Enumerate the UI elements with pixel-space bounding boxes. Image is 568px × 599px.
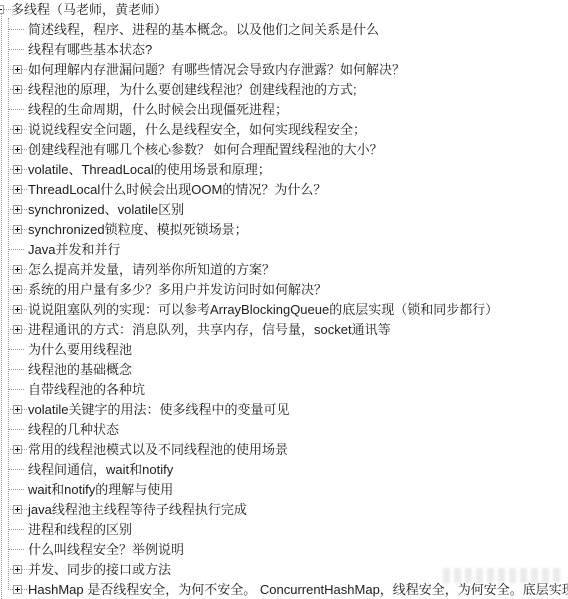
plus-glyph (17, 587, 18, 592)
tree-connector (22, 129, 27, 130)
tree-item-label[interactable]: synchronized、volatile区别 (28, 200, 184, 220)
tree-connector (22, 229, 27, 230)
plus-box-icon[interactable] (13, 325, 22, 334)
tree-item[interactable]: 线程的几种状态 (0, 420, 568, 440)
tree-item-label[interactable]: 进程通讯的方式：消息队列，共享内存，信号量，socket通讯等 (28, 320, 391, 340)
plus-glyph (17, 507, 18, 512)
plus-glyph (17, 147, 18, 152)
tree-item[interactable]: wait和notify的理解与使用 (0, 480, 568, 500)
tree-item[interactable]: 线程池的原理，为什么要创建线程池？创建线程池的方式; (0, 80, 568, 100)
tree-item-label[interactable]: 线程间通信，wait和notify (28, 460, 173, 480)
plus-glyph (17, 327, 18, 332)
tree-item[interactable]: 线程的生命周期，什么时候会出现僵死进程； (0, 100, 568, 120)
tree-connector (8, 349, 24, 350)
tree-item[interactable]: HashMap 是否线程安全，为何不安全。 ConcurrentHashMap，… (0, 580, 568, 599)
tree-connector (22, 509, 27, 510)
plus-glyph (17, 567, 18, 572)
tree-item-label[interactable]: 为什么要用线程池 (28, 340, 132, 360)
plus-box-icon[interactable] (13, 505, 22, 514)
tree-item[interactable]: 自带线程池的各种坑 (0, 380, 568, 400)
tree-item[interactable]: 多线程（马老师，黄老师） (0, 0, 568, 20)
tree-item[interactable]: synchronized、volatile区别 (0, 200, 568, 220)
tree-item[interactable]: 说说线程安全问题，什么是线程安全，如何实现线程安全； (0, 120, 568, 140)
tree-connector (8, 389, 24, 390)
tree-item-label[interactable]: 如何理解内存泄漏问题？有哪些情况会导致内存泄露？如何解决？ (28, 60, 405, 80)
plus-box-icon[interactable] (13, 165, 22, 174)
plus-box-icon[interactable] (13, 65, 22, 74)
tree-connector (8, 109, 24, 110)
plus-glyph (17, 67, 18, 72)
plus-box-icon[interactable] (13, 445, 22, 454)
tree-item[interactable]: volatile、ThreadLocal的使用场景和原理； (0, 160, 568, 180)
tree-item-label[interactable]: 说说线程安全问题，什么是线程安全，如何实现线程安全； (28, 120, 366, 140)
plus-glyph (17, 307, 18, 312)
tree-item[interactable]: 进程和线程的区别 (0, 520, 568, 540)
tree-item-label[interactable]: wait和notify的理解与使用 (28, 480, 173, 500)
plus-box-icon[interactable] (13, 285, 22, 294)
tree-connector (4, 9, 11, 10)
tree-item-label[interactable]: synchronized锁粒度、模拟死锁场景； (28, 220, 248, 240)
tree-item[interactable]: 怎么提高并发量，请列举你所知道的方案？ (0, 260, 568, 280)
plus-glyph (17, 187, 18, 192)
tree-connector (8, 489, 24, 490)
plus-glyph (17, 447, 18, 452)
tree-item[interactable]: 简述线程，程序、进程的基本概念。以及他们之间关系是什么 (0, 20, 568, 40)
plus-box-icon[interactable] (13, 85, 22, 94)
tree-item-label[interactable]: 怎么提高并发量，请列举你所知道的方案？ (28, 260, 275, 280)
tree-item[interactable]: 线程有哪些基本状态? (0, 40, 568, 60)
tree-item-label[interactable]: 线程的生命周期，什么时候会出现僵死进程； (28, 100, 288, 120)
tree-item-label[interactable]: 自带线程池的各种坑 (28, 380, 145, 400)
tree-connector (8, 529, 24, 530)
plus-glyph (17, 267, 18, 272)
tree-connector (8, 549, 24, 550)
plus-glyph (17, 167, 18, 172)
tree-connector (22, 269, 27, 270)
tree-item-label[interactable]: 什么叫线程安全？举例说明 (28, 540, 184, 560)
tree-item[interactable]: java线程池主线程等待子线程执行完成 (0, 500, 568, 520)
plus-box-icon[interactable] (13, 225, 22, 234)
plus-box-icon[interactable] (13, 305, 22, 314)
plus-box-icon[interactable] (13, 565, 22, 574)
tree-connector (8, 29, 24, 30)
tree-item[interactable]: synchronized锁粒度、模拟死锁场景； (0, 220, 568, 240)
tree-item[interactable]: 线程池的基础概念 (0, 360, 568, 380)
plus-glyph (17, 227, 18, 232)
tree-connector (22, 189, 27, 190)
plus-glyph (17, 127, 18, 132)
tree-item-label[interactable]: 线程池的原理，为什么要创建线程池？创建线程池的方式; (28, 80, 357, 100)
tree-item[interactable]: 线程间通信，wait和notify (0, 460, 568, 480)
plus-glyph (17, 207, 18, 212)
tree-connector (8, 369, 24, 370)
tree-connector (8, 469, 24, 470)
tree-item[interactable]: 创建线程池有哪几个核心参数？ 如何合理配置线程池的大小？ (0, 140, 568, 160)
tree-connector (22, 69, 27, 70)
tree-item-label[interactable]: volatile、ThreadLocal的使用场景和原理； (28, 160, 271, 180)
tree-item[interactable]: 为什么要用线程池 (0, 340, 568, 360)
tree-item[interactable]: 说说阻塞队列的实现：可以参考ArrayBlockingQueue的底层实现（锁和… (0, 300, 568, 320)
tree-item[interactable]: 进程通讯的方式：消息队列，共享内存，信号量，socket通讯等 (0, 320, 568, 340)
tree-item-label[interactable]: ThreadLocal什么时候会出现OOM的情况？为什么？ (28, 180, 326, 200)
tree-item-label[interactable]: HashMap 是否线程安全，为何不安全。 ConcurrentHashMap，… (28, 580, 568, 599)
tree-item-label[interactable]: 线程池的基础概念 (28, 360, 132, 380)
plus-box-icon[interactable] (13, 585, 22, 594)
tree-connector (22, 209, 27, 210)
plus-box-icon[interactable] (13, 185, 22, 194)
tree-connector (22, 329, 27, 330)
tree-item-label[interactable]: 系统的用户量有多少？多用户并发访问时如何解决？ (28, 280, 327, 300)
tree-connector (22, 149, 27, 150)
tree-item-label[interactable]: 说说阻塞队列的实现：可以参考ArrayBlockingQueue的底层实现（锁和… (28, 300, 498, 320)
plus-box-icon[interactable] (13, 265, 22, 274)
plus-glyph (17, 407, 18, 412)
minus-glyph (0, 9, 2, 10)
tree-item[interactable]: 常用的线程池模式以及不同线程池的使用场景 (0, 440, 568, 460)
plus-box-icon[interactable] (13, 205, 22, 214)
tree-item[interactable]: volatile关键字的用法：使多线程中的变量可见 (0, 400, 568, 420)
tree-connector (22, 89, 27, 90)
tree-item-label[interactable]: 常用的线程池模式以及不同线程池的使用场景 (28, 440, 288, 460)
tree-item[interactable]: Java并发和并行 (0, 240, 568, 260)
tree-item-label[interactable]: Java并发和并行 (28, 240, 120, 260)
tree-item[interactable]: ThreadLocal什么时候会出现OOM的情况？为什么？ (0, 180, 568, 200)
tree-view: 多线程（马老师，黄老师）简述线程，程序、进程的基本概念。以及他们之间关系是什么线… (0, 0, 568, 599)
plus-box-icon[interactable] (13, 145, 22, 154)
tree-item-label[interactable]: 线程有哪些基本状态? (28, 40, 152, 60)
tree-item-label[interactable]: 进程和线程的区别 (28, 520, 132, 540)
tree-item-label[interactable]: volatile关键字的用法：使多线程中的变量可见 (28, 400, 289, 420)
tree-item[interactable]: 并发、同步的接口或方法 (0, 560, 568, 580)
tree-item[interactable]: 如何理解内存泄漏问题？有哪些情况会导致内存泄露？如何解决？ (0, 60, 568, 80)
tree-connector (8, 49, 24, 50)
tree-item-label[interactable]: 并发、同步的接口或方法 (28, 560, 171, 580)
tree-item[interactable]: 系统的用户量有多少？多用户并发访问时如何解决？ (0, 280, 568, 300)
tree-rows: 多线程（马老师，黄老师）简述线程，程序、进程的基本概念。以及他们之间关系是什么线… (0, 0, 568, 599)
tree-item-label[interactable]: 简述线程，程序、进程的基本概念。以及他们之间关系是什么 (28, 20, 379, 40)
tree-item-label[interactable]: 多线程（马老师，黄老师） (11, 0, 167, 20)
tree-item-label[interactable]: 线程的几种状态 (28, 420, 119, 440)
tree-connector (22, 289, 27, 290)
plus-box-icon[interactable] (13, 405, 22, 414)
tree-connector (22, 449, 27, 450)
tree-item[interactable]: 什么叫线程安全？举例说明 (0, 540, 568, 560)
tree-connector (22, 589, 27, 590)
tree-connector (22, 409, 27, 410)
tree-connector (22, 309, 27, 310)
plus-glyph (17, 87, 18, 92)
tree-item-label[interactable]: java线程池主线程等待子线程执行完成 (28, 500, 247, 520)
tree-connector (8, 429, 24, 430)
tree-item-label[interactable]: 创建线程池有哪几个核心参数？ 如何合理配置线程池的大小？ (28, 140, 383, 160)
tree-connector (22, 169, 27, 170)
plus-box-icon[interactable] (13, 125, 22, 134)
tree-connector (22, 569, 27, 570)
plus-glyph (17, 287, 18, 292)
tree-connector (8, 249, 24, 250)
